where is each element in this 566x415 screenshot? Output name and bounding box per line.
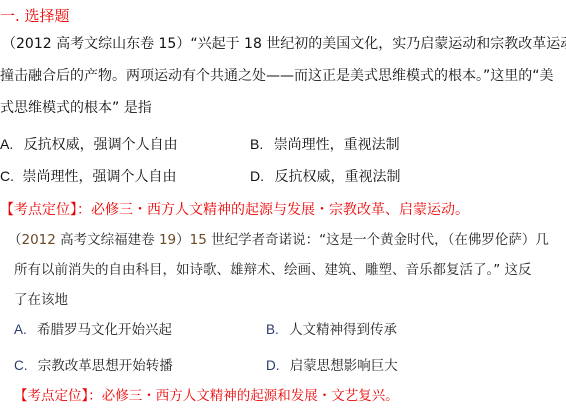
option-letter: B. [266, 322, 279, 337]
option-letter: A. [14, 322, 27, 337]
question-2-note: 【考点定位】：必修三・西方人文精神的起源和发展・文艺复兴。 [14, 386, 399, 406]
question-1-line-3: 式思维模式的根本” 是指 [0, 98, 152, 118]
question-1-note: 【考点定位】：必修三・西方人文精神的起源与发展・宗教改革、启蒙运动。 [0, 200, 469, 220]
question-2-option-d[interactable]: D. 启蒙思想影响巨大 [266, 356, 398, 376]
source-number: 19 [159, 232, 176, 248]
option-letter: C. [0, 168, 14, 184]
option-letter: D. [266, 358, 280, 373]
source-open: （ [8, 232, 22, 248]
question-2-line-2: 所有以前消失的自由科目，如诗歌、雄辩术、绘画、建筑、雕塑、音乐都复活了。” 这反 [14, 260, 532, 280]
option-text: 崇尚理性，强调个人自由 [22, 169, 176, 185]
question-1-line-2: 撞击融合后的产物。两项运动有个共通之处——而这正是美式思维模式的根本。”这里的“… [0, 66, 554, 86]
option-text: 人文精神得到传承 [289, 322, 397, 338]
source-close: ） [176, 232, 190, 248]
question-1-line-1: （2012 高考文综山东卷 15）“兴起于 18 世纪初的美国文化，实乃启蒙运动… [2, 34, 566, 54]
source-title: 高考文综福建卷 [56, 232, 159, 248]
option-letter: D. [250, 168, 264, 184]
question-2-option-b[interactable]: B. 人文精神得到传承 [266, 320, 397, 340]
century-number: 15 [190, 232, 207, 248]
option-letter: C. [14, 358, 28, 373]
question-1-option-d[interactable]: D. 反抗权威，重视法制 [250, 166, 400, 187]
option-text: 启蒙思想影响巨大 [290, 358, 398, 374]
question-2-option-c[interactable]: C. 宗教改革思想开始转播 [14, 356, 173, 376]
option-letter: A. [0, 136, 13, 152]
question-2-line-3: 了在该地 [14, 290, 68, 310]
question-2-line-1-rest: 世纪学者奇诺说：“这是一个黄金时代，（在佛罗伦萨）几 [207, 232, 549, 248]
option-letter: B. [250, 136, 263, 152]
option-text: 希腊罗马文化开始兴起 [37, 322, 172, 338]
option-text: 反抗权威，强调个人自由 [24, 137, 178, 153]
section-heading: 一. 选择题 [0, 6, 70, 26]
question-1-option-b[interactable]: B. 崇尚理性，重视法制 [250, 134, 400, 155]
question-2-option-a[interactable]: A. 希腊罗马文化开始兴起 [14, 320, 172, 340]
question-1-option-a[interactable]: A. 反抗权威，强调个人自由 [0, 134, 178, 155]
source-year: 2012 [22, 232, 56, 248]
option-text: 反抗权威，重视法制 [274, 169, 400, 185]
option-text: 宗教改革思想开始转播 [38, 358, 173, 374]
question-1-option-c[interactable]: C. 崇尚理性，强调个人自由 [0, 166, 176, 187]
question-2-line-1: （2012 高考文综福建卷 19）15 世纪学者奇诺说：“这是一个黄金时代，（在… [8, 230, 549, 250]
option-text: 崇尚理性，重视法制 [274, 137, 400, 153]
